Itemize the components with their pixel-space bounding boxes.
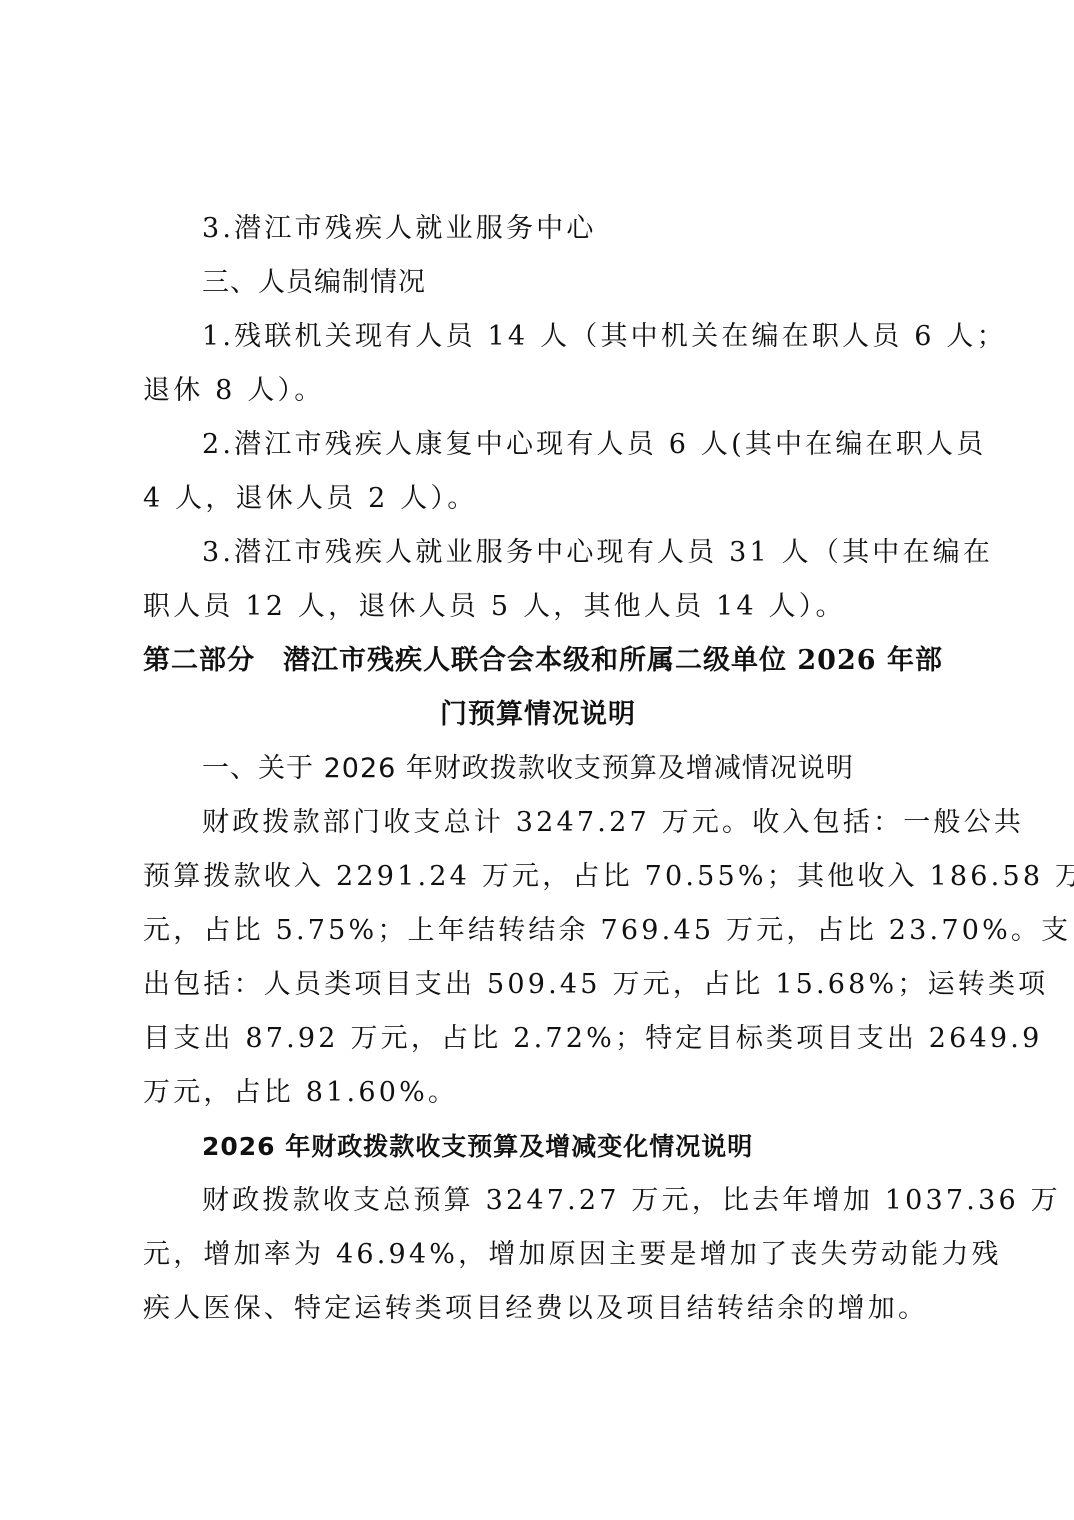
section-3-heading: 三、人员编制情况 [202,265,426,301]
budget-para-1-line-1: 财政拨款部门收支总计 3247.27 万元。收入包括：一般公共 [202,805,1024,841]
part-2-title-line-1: 第二部分 潜江市残疾人联合会本级和所属二级单位 2026 年部 [143,643,943,679]
staff-para-1-line-1: 1.残联机关现有人员 14 人（其中机关在编在职人员 6 人； [202,319,1007,355]
part-2-title-line-2: 门预算情况说明 [440,697,636,733]
staff-para-2-line-1: 2.潜江市残疾人康复中心现有人员 6 人(其中在编在职人员 [202,427,986,463]
change-explanation-heading: 2026 年财政拨款收支预算及增减变化情况说明 [202,1129,753,1165]
budget-para-1-line-3: 元，占比 5.75%；上年结转结余 769.45 万元，占比 23.70%。支 [143,913,1071,949]
change-para-line-3: 疾人医保、特定运转类项目经费以及项目结转结余的增加。 [143,1291,928,1327]
staff-para-2-line-2: 4 人，退休人员 2 人）。 [143,481,477,517]
staff-para-3-line-1: 3.潜江市残疾人就业服务中心现有人员 31 人（其中在编在 [202,535,993,571]
budget-para-1-line-5: 目支出 87.92 万元，占比 2.72%；特定目标类项目支出 2649.9 [143,1021,1042,1057]
budget-para-1-line-2: 预算拨款收入 2291.24 万元，占比 70.55%；其他收入 186.58 … [143,859,1074,895]
staff-para-1-line-2: 退休 8 人）。 [143,373,324,409]
change-para-line-1: 财政拨款收支总预算 3247.27 万元，比去年增加 1037.36 万 [202,1183,1061,1219]
subsection-1-heading: 一、关于 2026 年财政拨款收支预算及增减情况说明 [202,751,854,787]
staff-para-3-line-2: 职人员 12 人，退休人员 5 人，其他人员 14 人）。 [143,589,846,625]
unit-3-line: 3.潜江市残疾人就业服务中心 [202,211,597,247]
budget-para-1-line-4: 出包括：人员类项目支出 509.45 万元，占比 15.68%；运转类项 [143,967,1048,1003]
budget-para-1-line-6: 万元，占比 81.60%。 [143,1075,458,1111]
change-para-line-2: 元，增加率为 46.94%，增加原因主要是增加了丧失劳动能力残 [143,1237,1002,1273]
